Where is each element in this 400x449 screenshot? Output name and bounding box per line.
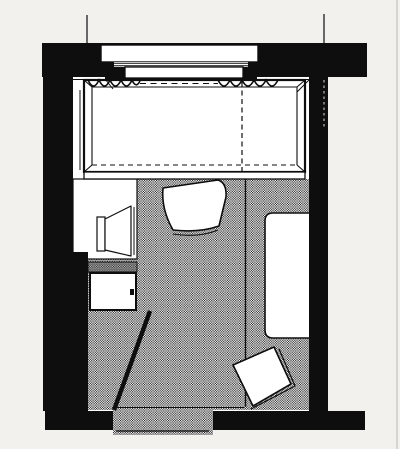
wall-top-right bbox=[257, 43, 367, 77]
window-outer-sill bbox=[101, 45, 258, 62]
window-inner-sill bbox=[125, 67, 243, 78]
wall-left bbox=[43, 75, 73, 411]
cabinet-icon bbox=[90, 273, 136, 310]
wall-bottom-right bbox=[213, 411, 365, 430]
bed-foot-strip bbox=[84, 172, 305, 179]
wall-top-left bbox=[42, 43, 105, 77]
cabinet-handle bbox=[130, 289, 134, 295]
wall-left-pier bbox=[73, 252, 88, 411]
radiator-strip bbox=[88, 262, 137, 272]
bed-icon bbox=[80, 80, 305, 179]
scan-edge-artifact bbox=[396, 0, 398, 449]
desk-icon bbox=[265, 213, 316, 338]
floor-plan-drawing bbox=[0, 0, 400, 449]
wall-right bbox=[309, 75, 328, 411]
upper-chair-seat bbox=[163, 180, 226, 231]
wall-bottom-left bbox=[45, 411, 113, 430]
speaker-stem bbox=[97, 217, 105, 251]
upper-chair-icon bbox=[163, 180, 226, 235]
window-icon bbox=[101, 45, 258, 79]
bed-outer bbox=[84, 80, 305, 172]
cabinet-body bbox=[90, 273, 136, 310]
floor-plan-page bbox=[0, 0, 400, 449]
